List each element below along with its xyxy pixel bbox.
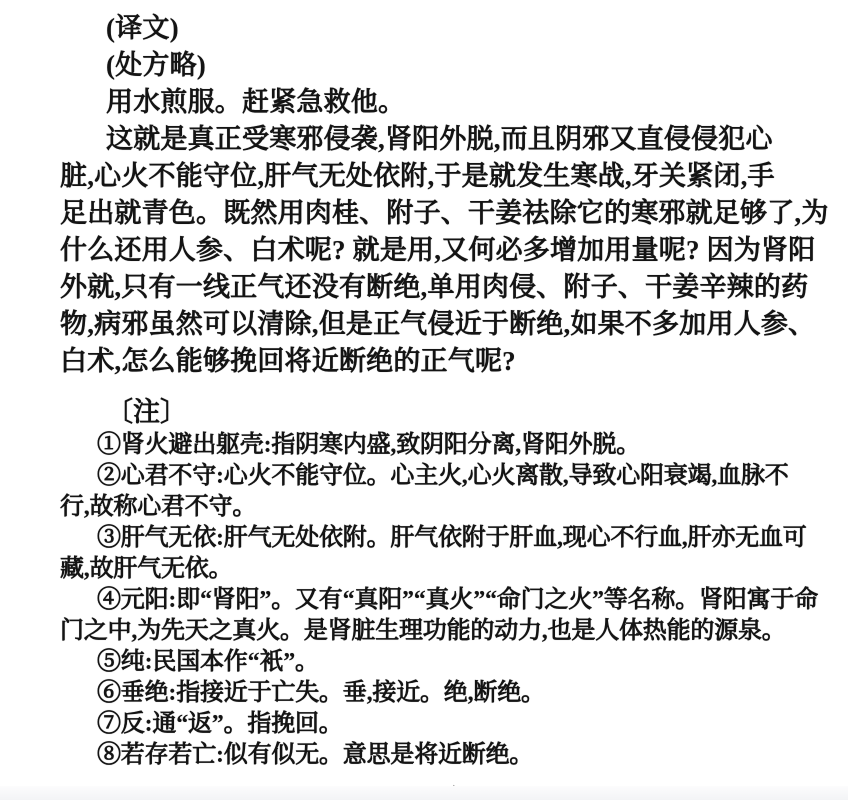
text-line: (处方略) [60, 47, 808, 84]
text-line: 这就是真正受寒邪侵袭,肾阳外脱,而且阴邪又直侵侵犯心 [60, 121, 808, 158]
text-line: 足出就青色。既然用肉桂、附子、干姜祛除它的寒邪就足够了,为 [60, 195, 808, 232]
note-line-8: ⑧若存若亡:似有似无。意思是将近断绝。 [60, 740, 808, 771]
note-line-3: ③肝气无依:肝气无处依附。肝气依附于肝血,现心不行血,肝亦无血可 [60, 523, 808, 554]
document-text: (译文) (处方略) 用水煎服。赶紧急救他。 这就是真正受寒邪侵袭,肾阳外脱,而… [60, 10, 808, 771]
text-line: 用水煎服。赶紧急救他。 [60, 84, 808, 121]
note-line-1: ①肾火避出躯壳:指阴寒内盛,致阴阳分离,肾阳外脱。 [60, 430, 808, 461]
page-bottom-edge [0, 786, 848, 800]
note-line-2: ②心君不守:心火不能守位。心主火,心火离散,导致心阳衰竭,血脉不 [60, 461, 808, 492]
text-line: 什么还用人参、白术呢? 就是用,又何必多增加用量呢? 因为肾阳 [60, 232, 808, 269]
translation-heading: (译文) [60, 10, 808, 47]
note-line-7: ⑦反:通“返”。指挽回。 [60, 709, 808, 740]
note-line-6: ⑥垂绝:指接近于亡失。垂,接近。绝,断绝。 [60, 678, 808, 709]
scanned-book-page: (译文) (处方略) 用水煎服。赶紧急救他。 这就是真正受寒邪侵袭,肾阳外脱,而… [0, 0, 848, 800]
text-line: 脏,心火不能守位,肝气无处依附,于是就发生寒战,牙关紧闭,手 [60, 158, 808, 195]
note-line-3-cont: 藏,故肝气无依。 [60, 554, 808, 585]
note-line-4: ④元阳:即“肾阳”。又有“真阳”“真火”“命门之火”等名称。肾阳寓于命 [60, 585, 808, 616]
note-line-5: ⑤纯:民国本作“衹”。 [60, 647, 808, 678]
text-line: 外就,只有一线正气还没有断绝,单用肉侵、附子、干姜辛辣的药 [60, 269, 808, 306]
text-line: 物,病邪虽然可以清除,但是正气侵近于断绝,如果不多加用人参、 [60, 306, 808, 343]
note-line-2-cont: 行,故称心君不守。 [60, 492, 808, 523]
text-line: 白术,怎么能够挽回将近断绝的正气呢? [60, 343, 808, 380]
notes-heading: 〔注〕 [60, 394, 808, 430]
note-line-4-cont: 门之中,为先天之真火。是肾脏生理功能的动力,也是人体热能的源泉。 [60, 616, 808, 647]
